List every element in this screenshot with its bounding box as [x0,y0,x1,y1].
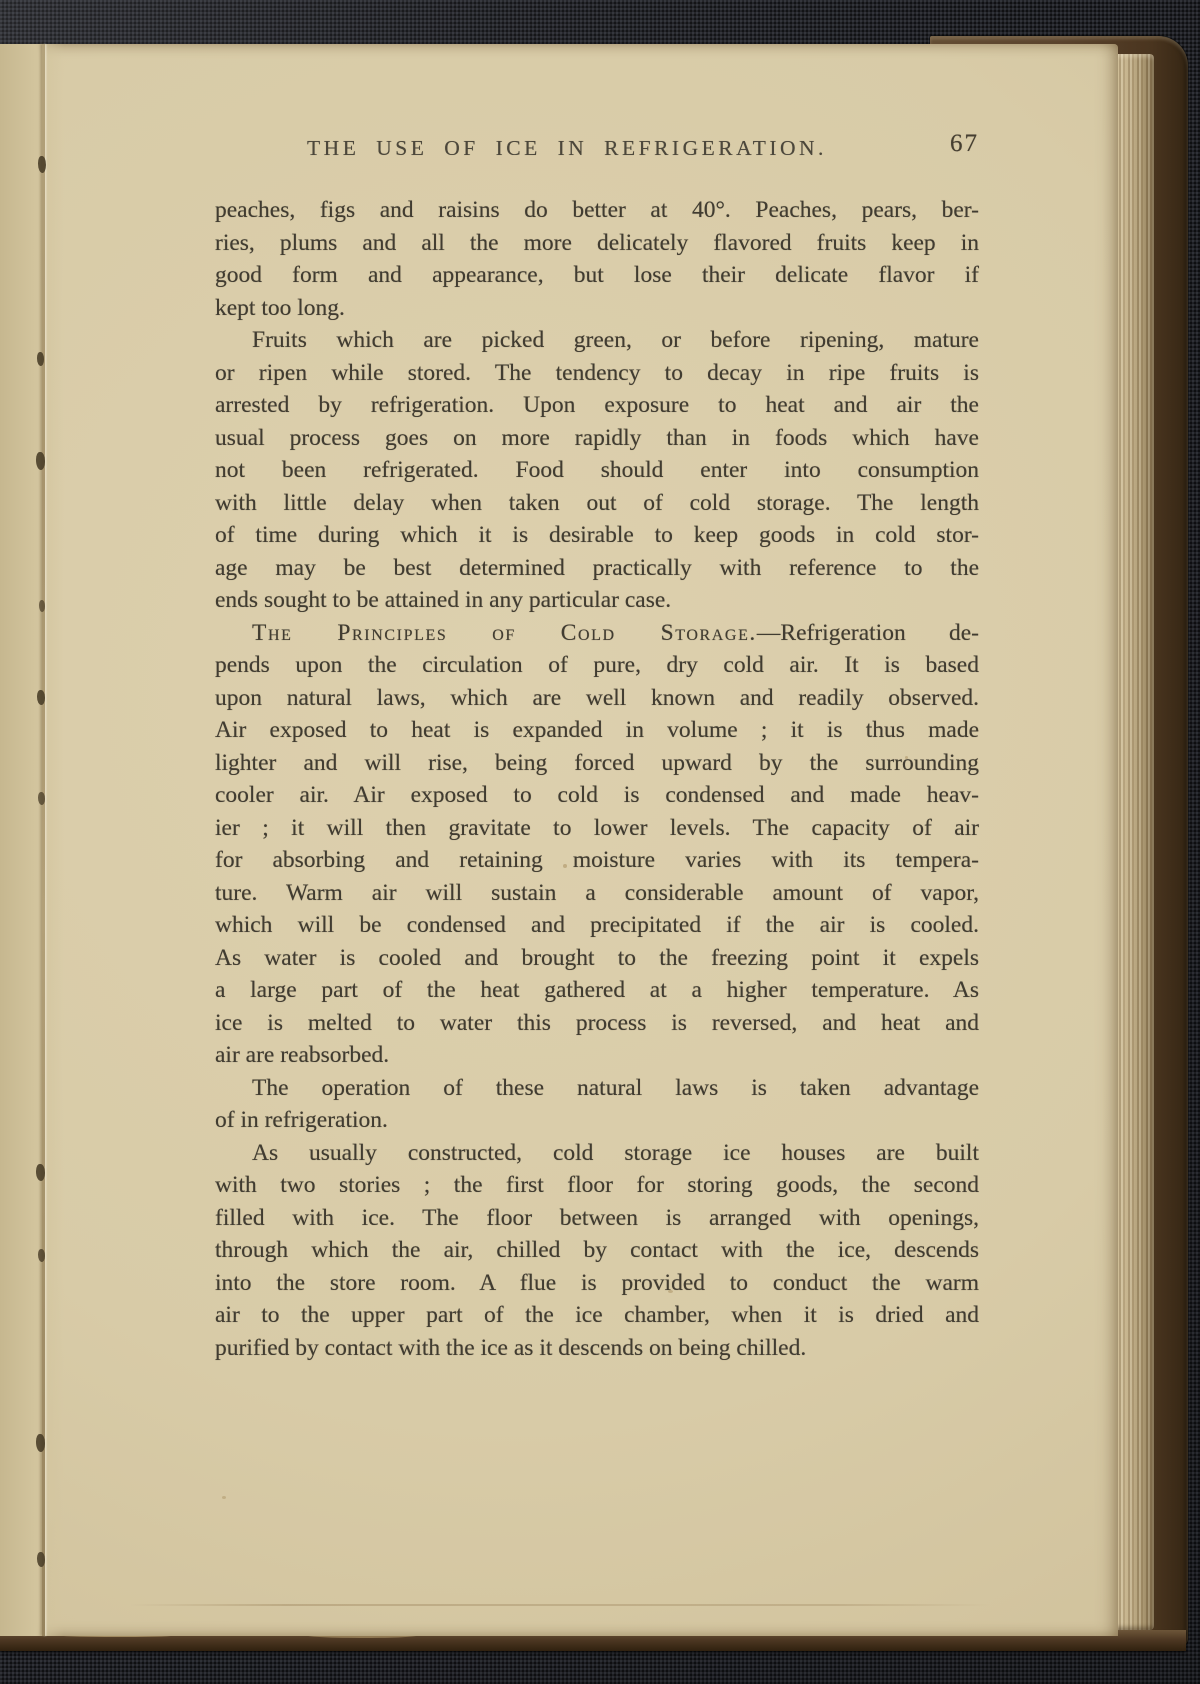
text-line: peaches, figs and raisins do better at 4… [215,194,979,227]
text-line: ice is melted to water this process is r… [215,1007,979,1040]
section-heading-small-caps: The Principles of Cold Storage. [252,620,757,646]
binding-stitch-mark [37,352,44,366]
text-line: air are reabsorbed. [215,1039,979,1072]
page-header: THE USE OF ICE IN REFRIGERATION. 67 [215,136,979,170]
body-text: peaches, figs and raisins do better at 4… [215,194,979,1364]
binding-stitch-mark [39,600,45,612]
text-line: lighter and will rise, being forced upwa… [215,747,979,780]
page-bottom-crease [130,1604,990,1606]
binding-stitch-mark [36,452,45,470]
text-line: of in refrigeration. [215,1104,979,1137]
text-line: for absorbing and retaining moisture var… [215,844,979,877]
text-line: As usually constructed, cold storage ice… [215,1137,979,1170]
scan-background: THE USE OF ICE IN REFRIGERATION. 67 peac… [0,0,1200,1684]
binding-stitch-mark [37,1552,45,1567]
binding-stitch-mark [37,690,45,705]
paragraph: The operation of these natural laws is t… [215,1072,979,1137]
text-line: purified by contact with the ice as it d… [215,1332,979,1365]
running-title: THE USE OF ICE IN REFRIGERATION. [185,136,949,161]
text-line: upon natural laws, which are well known … [215,682,979,715]
text-line: The Principles of Cold Storage.—Refriger… [215,617,979,650]
binding-stitch-mark [38,156,46,173]
binding-crease [42,44,45,1636]
text-line: ries, plums and all the more delicately … [215,227,979,260]
text-line: Fruits which are picked green, or before… [215,324,979,357]
binding-stitch-mark [38,1249,45,1262]
text-line: a large part of the heat gathered at a h… [215,974,979,1007]
gutter-shading [0,44,64,1636]
text-line: The operation of these natural laws is t… [215,1072,979,1105]
text-line: with two stories ; the first floor for s… [215,1169,979,1202]
text-line: good form and appearance, but lose their… [215,259,979,292]
book-page: THE USE OF ICE IN REFRIGERATION. 67 peac… [0,44,1118,1636]
text-line: through which the air, chilled by contac… [215,1234,979,1267]
text-line: of time during which it is desirable to … [215,519,979,552]
paragraph: The Principles of Cold Storage.—Refriger… [215,617,979,1072]
page-number: 67 [950,130,979,158]
binding-stitch-mark [38,792,45,805]
text-line: air to the upper part of the ice chamber… [215,1299,979,1332]
text-line: ier ; it will then gravitate to lower le… [215,812,979,845]
text-line: age may be best determined practically w… [215,552,979,585]
text-line: cooler air. Air exposed to cold is conde… [215,779,979,812]
section-heading-continuation: —Refrigeration de- [757,620,979,646]
text-line: not been refrigerated. Food should enter… [215,454,979,487]
text-line: ture. Warm air will sustain a considerab… [215,877,979,910]
text-line: pends upon the circulation of pure, dry … [215,649,979,682]
paragraph: peaches, figs and raisins do better at 4… [215,194,979,324]
text-line: As water is cooled and brought to the fr… [215,942,979,975]
text-line: Air exposed to heat is expanded in volum… [215,714,979,747]
text-line: into the store room. A flue is provided … [215,1267,979,1300]
paragraph: As usually constructed, cold storage ice… [215,1137,979,1365]
text-line: usual process goes on more rapidly than … [215,422,979,455]
text-line: ends sought to be attained in any partic… [215,584,979,617]
binding-stitch-mark [36,1164,45,1181]
fore-edge-page-stack [1112,54,1154,1630]
text-line: arrested by refrigeration. Upon exposure… [215,389,979,422]
binding-stitch-mark [36,1434,45,1452]
paragraph: Fruits which are picked green, or before… [215,324,979,617]
text-line: with little delay when taken out of cold… [215,487,979,520]
text-line: or ripen while stored. The tendency to d… [215,357,979,390]
text-line: kept too long. [215,292,979,325]
text-line: filled with ice. The floor between is ar… [215,1202,979,1235]
text-line: which will be condensed and precipitated… [215,909,979,942]
foxing-speck [222,1496,226,1499]
